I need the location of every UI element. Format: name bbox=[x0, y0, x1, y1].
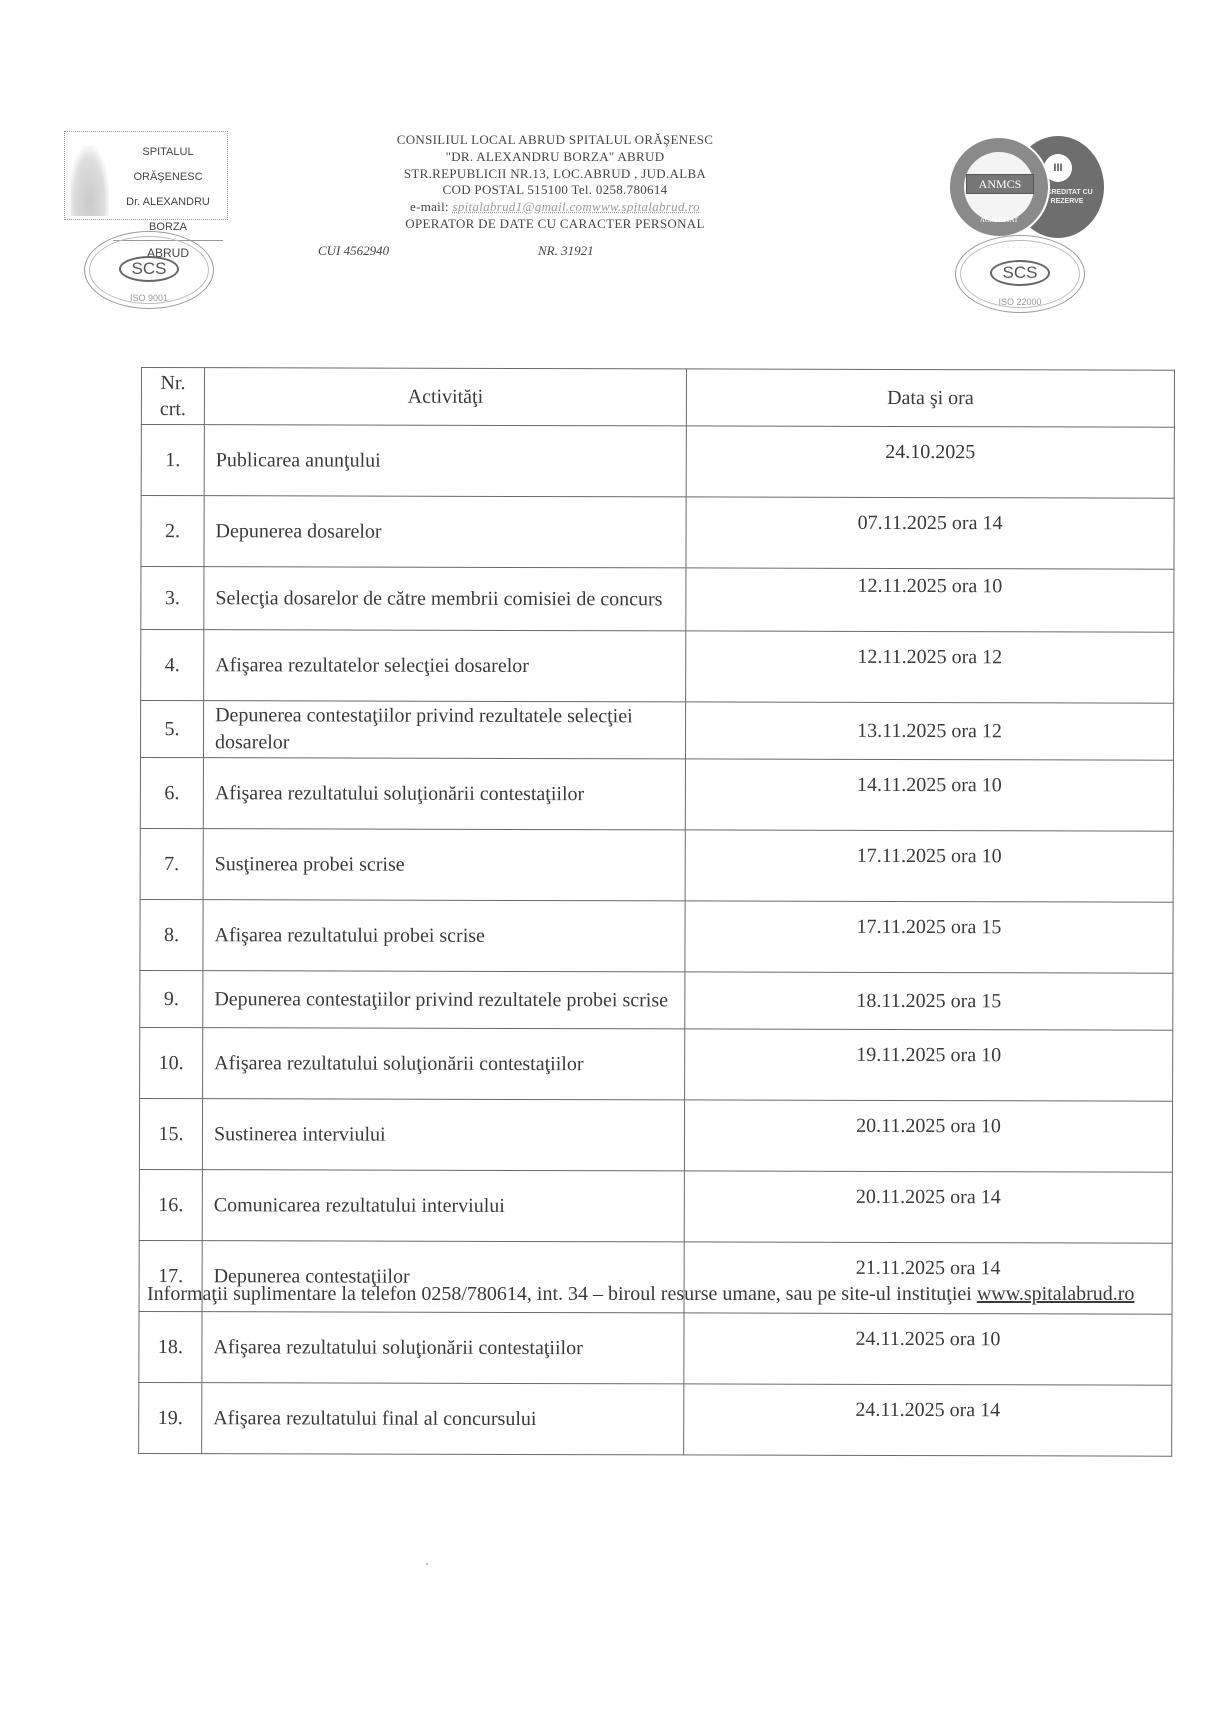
row-activity: Susţinerea probei scrise bbox=[203, 829, 685, 901]
row-date-time: 24.11.2025 ora 10 bbox=[684, 1313, 1172, 1385]
row-date-time: 20.11.2025 ora 14 bbox=[684, 1171, 1172, 1243]
row-activity: Depunerea dosarelor bbox=[204, 496, 686, 568]
header-line-4: COD POSTAL 515100 Tel. 0258.780614 bbox=[335, 182, 775, 199]
row-activity: Comunicarea rezultatului interviului bbox=[202, 1170, 684, 1242]
mountain-logo-icon bbox=[69, 146, 109, 216]
row-activity: Afişarea rezultatului soluţionării conte… bbox=[203, 758, 685, 830]
header-email-line: e-mail: spitalabrud1@gmail.comwww.spital… bbox=[335, 199, 775, 216]
header-line-1: CONSILIUL LOCAL ABRUD SPITALUL ORĂŞENESC bbox=[335, 132, 775, 149]
row-date-time: 24.11.2025 ora 14 bbox=[684, 1384, 1172, 1456]
cui-number: CUI 4562940 bbox=[318, 243, 389, 259]
row-date-time: 19.11.2025 ora 10 bbox=[685, 1029, 1173, 1101]
row-activity: Depunerea contestaţiilor privind rezulta… bbox=[203, 701, 685, 759]
row-date-time: 13.11.2025 ora 12 bbox=[685, 702, 1173, 760]
anmcs-ring-text: ACREDITAT bbox=[974, 216, 1024, 224]
row-date-time: 12.11.2025 ora 10 bbox=[686, 568, 1174, 632]
seal-iso-label: ISO 9001 bbox=[85, 293, 213, 303]
row-number: 18. bbox=[139, 1311, 202, 1382]
info-text: Informaţii suplimentare la telefon 0258/… bbox=[147, 1283, 977, 1305]
table-row: 5.Depunerea contestaţiilor privind rezul… bbox=[140, 701, 1173, 761]
table-row: 3.Selecţia dosarelor de către membrii co… bbox=[141, 567, 1174, 633]
row-date-time: 24.10.2025 bbox=[686, 426, 1174, 498]
row-date-time: 20.11.2025 ora 10 bbox=[684, 1100, 1172, 1172]
row-activity: Publicarea anunţului bbox=[204, 425, 686, 497]
seal-scs-label: SCS bbox=[990, 260, 1050, 286]
header-activities: Activităţi bbox=[204, 368, 686, 426]
anmcs-label: ANMCS bbox=[966, 174, 1034, 194]
row-number: 6. bbox=[140, 758, 203, 829]
table-row: 18.Afişarea rezultatului soluţionării co… bbox=[139, 1311, 1172, 1385]
table-row: 16.Comunicarea rezultatului interviului2… bbox=[139, 1169, 1172, 1243]
row-date-time: 18.11.2025 ora 15 bbox=[685, 972, 1173, 1030]
row-activity: Afişarea rezultatului final al concursul… bbox=[202, 1383, 684, 1455]
row-number: 7. bbox=[140, 828, 203, 899]
row-activity: Afişarea rezultatului soluţionării conte… bbox=[203, 1028, 685, 1100]
table-row: 7.Susţinerea probei scrise17.11.2025 ora… bbox=[140, 828, 1173, 902]
email-link[interactable]: spitalabrud1@gmail.comwww.spitalabrud.ro bbox=[452, 199, 700, 214]
operator-line: OPERATOR DE DATE CU CARACTER PERSONAL bbox=[335, 216, 775, 233]
table-row: 8.Afişarea rezultatului probei scrise17.… bbox=[140, 899, 1173, 973]
anmcs-accreditation-badge-icon: III ACREDITAT CU REZERVE ANMCS ACREDITAT bbox=[948, 136, 1104, 238]
row-activity: Selecţia dosarelor de către membrii comi… bbox=[204, 567, 686, 631]
table-row: 1.Publicarea anunţului24.10.2025 bbox=[141, 425, 1174, 499]
row-date-time: 17.11.2025 ora 10 bbox=[685, 830, 1173, 902]
registration-number: NR. 31921 bbox=[538, 243, 594, 259]
header-line-3: STR.REPUBLICII NR.13, LOC.ABRUD , JUD.AL… bbox=[335, 166, 775, 183]
row-activity: Afişarea rezultatelor selecţiei dosarelo… bbox=[204, 630, 686, 702]
row-number: 8. bbox=[140, 899, 203, 970]
row-number: 2. bbox=[141, 496, 204, 567]
row-activity: Depunerea contestaţiilor privind rezulta… bbox=[203, 971, 685, 1029]
header-line-2: "DR. ALEXANDRU BORZA" ABRUD bbox=[335, 149, 775, 166]
institution-header: CONSILIUL LOCAL ABRUD SPITALUL ORĂŞENESC… bbox=[335, 132, 775, 233]
table-row: 19.Afişarea rezultatului final al concur… bbox=[139, 1382, 1172, 1456]
hospital-logo: SPITALUL ORĂŞENESC Dr. ALEXANDRU BORZA A… bbox=[64, 131, 228, 220]
row-number: 1. bbox=[141, 425, 204, 496]
scs-iso-9001-seal-icon: · · · · · · · · · · · SCS ISO 9001 bbox=[84, 231, 214, 309]
website-link[interactable]: www.spitalabrud.ro bbox=[977, 1283, 1135, 1305]
table-row: 4.Afişarea rezultatelor selecţiei dosare… bbox=[141, 630, 1174, 704]
row-activity: Afişarea rezultatului soluţionării conte… bbox=[202, 1312, 684, 1384]
additional-info: Informaţii suplimentare la telefon 0258/… bbox=[147, 1279, 1147, 1309]
table-row: 15.Sustinerea interviului20.11.2025 ora … bbox=[139, 1098, 1172, 1172]
row-date-time: 12.11.2025 ora 12 bbox=[686, 631, 1174, 703]
row-date-time: 14.11.2025 ora 10 bbox=[685, 759, 1173, 831]
row-date-time: 17.11.2025 ora 15 bbox=[685, 901, 1173, 973]
row-number: 5. bbox=[140, 701, 203, 758]
row-number: 19. bbox=[139, 1382, 202, 1453]
table-row: 10.Afişarea rezultatului soluţionării co… bbox=[140, 1027, 1173, 1101]
row-number: 3. bbox=[141, 567, 204, 630]
row-date-time: 07.11.2025 ora 14 bbox=[686, 497, 1174, 569]
scan-speck bbox=[426, 1563, 428, 1565]
row-activity: Afişarea rezultatului probei scrise bbox=[203, 900, 685, 972]
row-number: 10. bbox=[140, 1027, 203, 1098]
table-row: 6.Afişarea rezultatului soluţionării con… bbox=[140, 758, 1173, 832]
row-number: 15. bbox=[139, 1098, 202, 1169]
row-number: 16. bbox=[139, 1169, 202, 1240]
table-row: 9.Depunerea contestaţiilor privind rezul… bbox=[140, 970, 1173, 1030]
row-number: 4. bbox=[141, 630, 204, 701]
logo-line-1: SPITALUL ORĂŞENESC bbox=[113, 140, 223, 190]
row-activity: Sustinerea interviului bbox=[202, 1099, 684, 1171]
email-label: e-mail: bbox=[410, 199, 452, 214]
header-date-time: Data şi ora bbox=[686, 369, 1174, 427]
seal-scs-label: SCS bbox=[119, 256, 179, 282]
table-header-row: Nr.crt. Activităţi Data şi ora bbox=[141, 368, 1174, 428]
row-number: 9. bbox=[140, 970, 203, 1027]
seal-iso-label: ISO 22000 bbox=[956, 297, 1084, 307]
scs-iso-22000-seal-icon: · · · · · · · · · · · SCS ISO 22000 bbox=[955, 235, 1085, 313]
table-row: 2.Depunerea dosarelor07.11.2025 ora 14 bbox=[141, 496, 1174, 570]
header-nr-crt: Nr.crt. bbox=[141, 368, 204, 425]
